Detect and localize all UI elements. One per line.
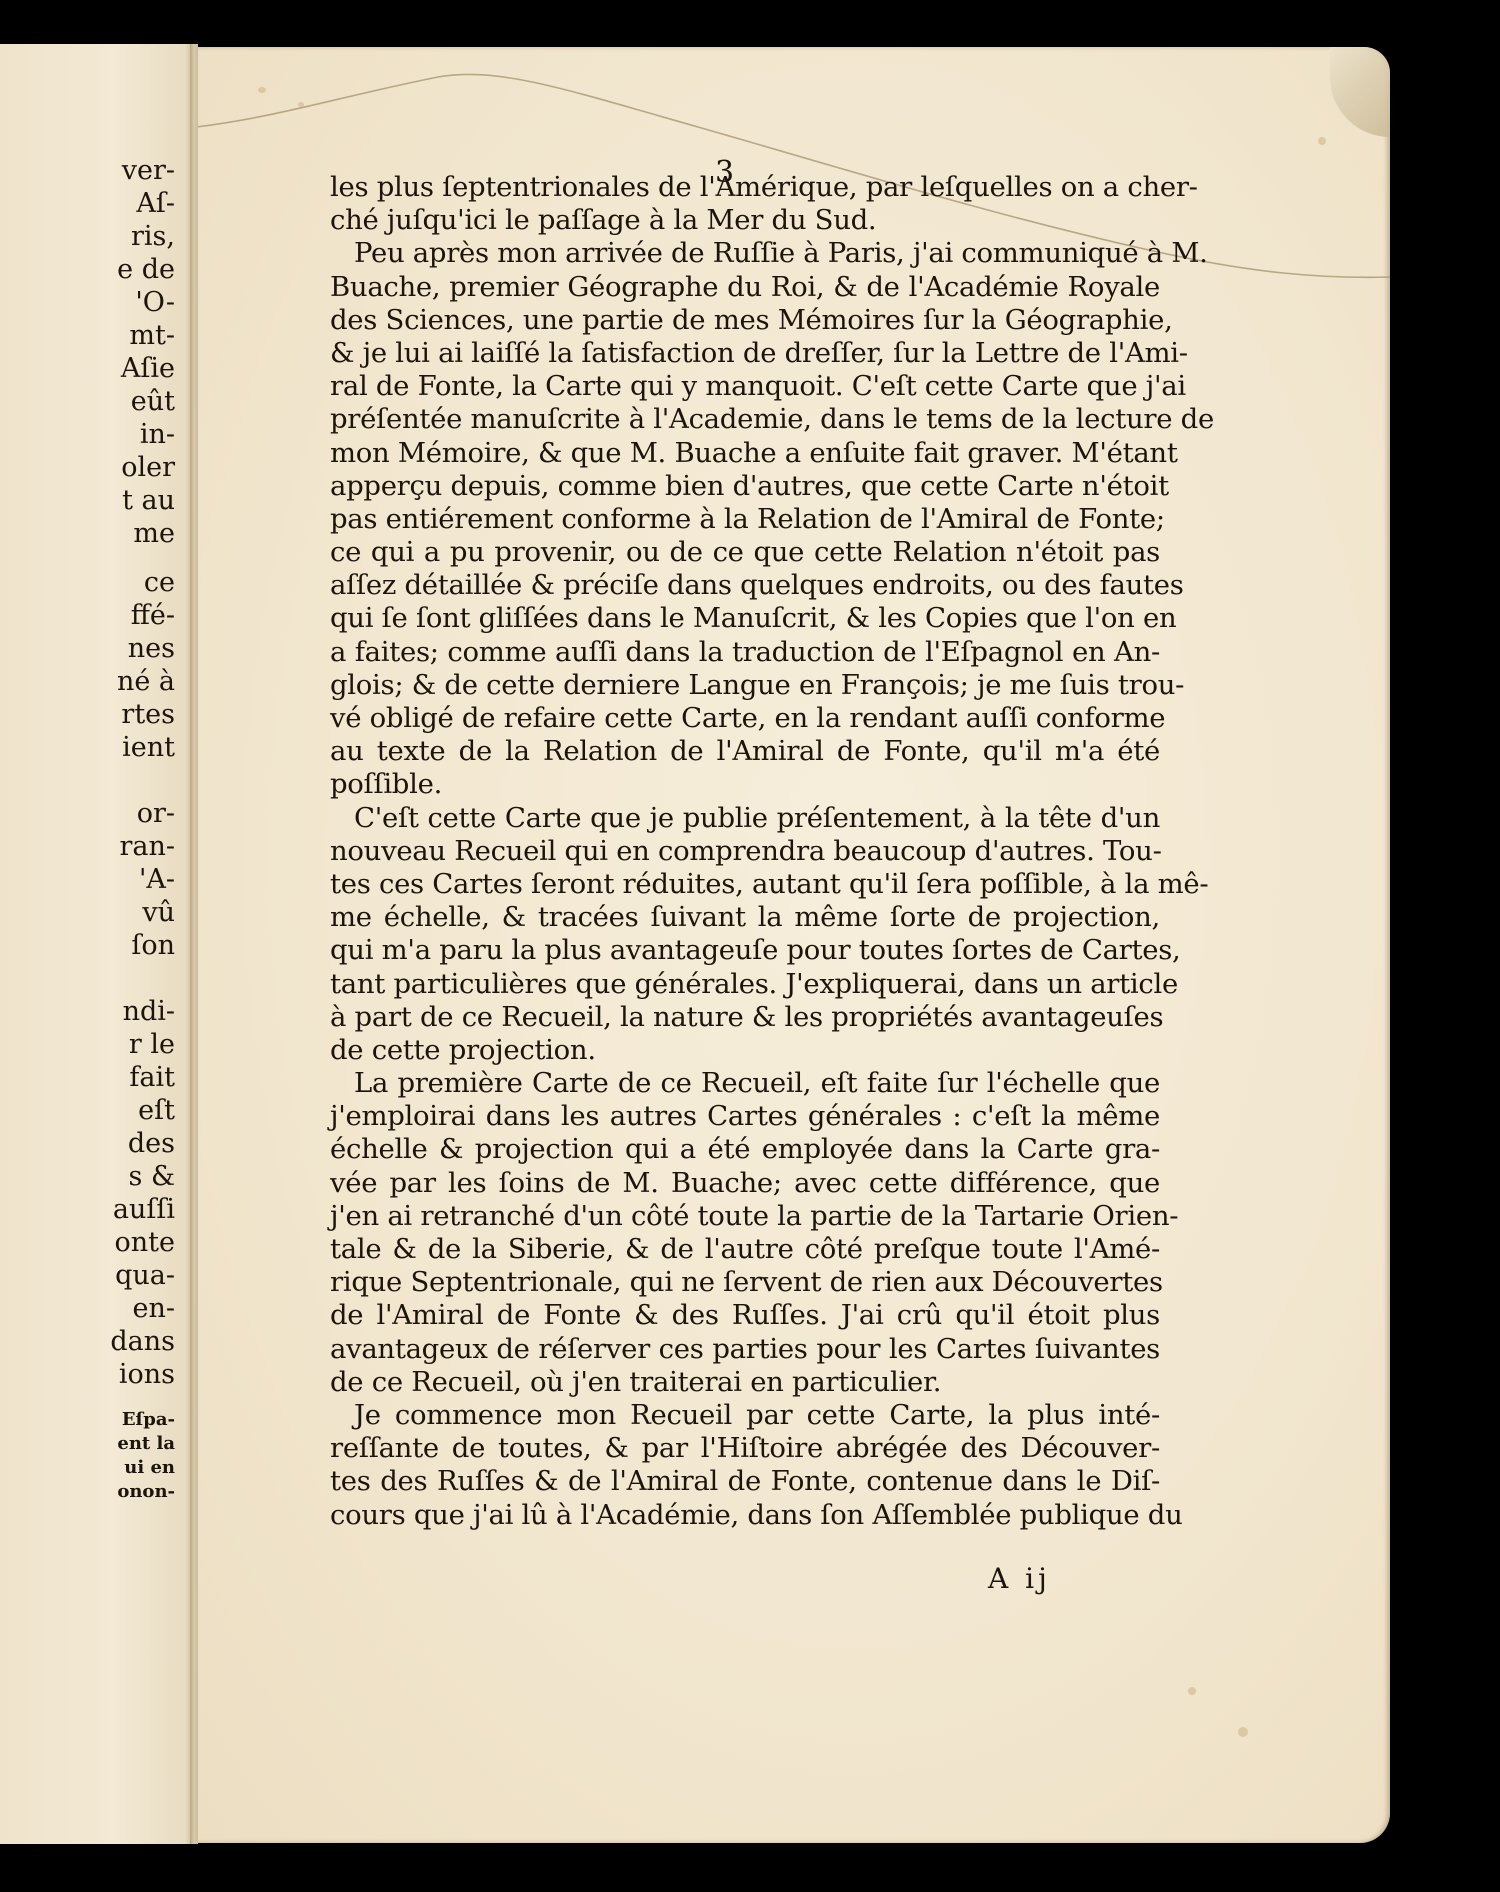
text-line: tant particulières que générales. J'expl… — [330, 968, 1160, 1001]
text-line: & je lui ai laiſſé la ſatisfaction de dr… — [330, 337, 1160, 370]
left-page-footnote-fragment: ent la — [117, 1432, 175, 1456]
text-line: vé obligé de refaire cette Carte, en la … — [330, 702, 1160, 735]
left-page-fragment: eſt — [138, 1094, 175, 1127]
foxing-spot — [1188, 1687, 1196, 1695]
text-line: à part de ce Recueil, la nature & les pr… — [330, 1001, 1160, 1034]
left-page-fragment: des — [128, 1127, 175, 1160]
text-line: de l'Amiral de Fonte & des Ruſſes. J'ai … — [330, 1299, 1160, 1332]
text-line: au texte de la Relation de l'Amiral de F… — [330, 735, 1160, 768]
left-page-fragment: fait — [129, 1061, 175, 1094]
text-line: poſſible. — [330, 768, 1160, 801]
left-page-fragment: eût — [131, 385, 175, 418]
text-line: apperçu depuis, comme bien d'autres, que… — [330, 470, 1160, 503]
text-line: vée par les ſoins de M. Buache; avec cet… — [330, 1167, 1160, 1200]
left-page-fragment: e de — [117, 253, 175, 286]
text-line: aſſez détaillée & préciſe dans quelques … — [330, 569, 1160, 602]
text-line: Buache, premier Géographe du Roi, & de l… — [330, 271, 1160, 304]
left-page-fragment: ndi- — [123, 995, 175, 1028]
left-page-fragment: mt- — [129, 319, 175, 352]
text-line: nouveau Recueil qui en comprendra beauco… — [330, 835, 1160, 868]
text-line: Peu après mon arrivée de Ruſſie à Paris,… — [330, 237, 1160, 270]
left-page-footnote-fragment: onon- — [117, 1480, 175, 1504]
foxing-spot — [1238, 1727, 1248, 1737]
text-line: mon Mémoire, & que M. Buache a enſuite f… — [330, 437, 1160, 470]
left-page-fragment: 'A- — [139, 863, 175, 896]
left-page-fragment: nes — [128, 632, 175, 665]
left-page-fragment: ffé- — [131, 599, 175, 632]
left-page-fragment: en- — [133, 1292, 176, 1325]
text-line: C'eſt cette Carte que je publie préſente… — [330, 802, 1160, 835]
foxing-spot — [258, 87, 266, 93]
text-line: de cette projection. — [330, 1034, 1160, 1067]
text-line: tes ces Cartes ſeront réduites, autant q… — [330, 868, 1160, 901]
left-page-fragment: qua- — [115, 1259, 175, 1292]
left-page-fragment: ran- — [119, 830, 175, 863]
left-page-footnote-fragment: Eſpa- — [122, 1408, 175, 1432]
left-page-fragment: or- — [137, 797, 175, 830]
text-line: cours que j'ai lû à l'Académie, dans ſon… — [330, 1499, 1160, 1532]
left-page-fragment: ce — [144, 566, 175, 599]
left-page-fragment: onte — [115, 1226, 175, 1259]
left-page-fragment: Aſie — [121, 352, 175, 385]
right-page: 3 les plus ſeptentrionales de l'Amérique… — [198, 47, 1390, 1843]
text-line: les plus ſeptentrionales de l'Amérique, … — [330, 171, 1160, 204]
left-page-fragment: Aſ- — [136, 187, 175, 220]
left-page-fragment: ſon — [131, 929, 175, 962]
signature-mark: A ij — [988, 1562, 1051, 1595]
text-line: préſentée manuſcrite à l'Academie, dans … — [330, 403, 1160, 436]
left-page-edge: ver-Aſ-ris,e de'O-mt-Aſieeûtin-olert aum… — [0, 44, 193, 1844]
left-page-fragment: oler — [121, 451, 175, 484]
text-line: de ce Recueil, où j'en traiterai en part… — [330, 1366, 1160, 1399]
left-page-fragment: 'O- — [135, 286, 175, 319]
text-line: ce qui a pu provenir, ou de ce que cette… — [330, 536, 1160, 569]
text-line: des Sciences, une partie de mes Mémoires… — [330, 304, 1160, 337]
left-page-fragment: t au — [122, 484, 175, 517]
left-page-fragment: rtes — [121, 698, 175, 731]
left-page-fragment: auſſi — [113, 1193, 175, 1226]
text-line: ral de Fonte, la Carte qui y manquoit. C… — [330, 370, 1160, 403]
text-line: échelle & projection qui a été employée … — [330, 1133, 1160, 1166]
left-page-fragment: me — [133, 517, 175, 550]
text-line: j'en ai retranché d'un côté toute la par… — [330, 1200, 1160, 1233]
left-page-fragment: in- — [140, 418, 175, 451]
book-gutter — [190, 44, 198, 1844]
text-line: a faites; comme auſſi dans la traduction… — [330, 636, 1160, 669]
text-line: avantageux de réſerver ces parties pour … — [330, 1333, 1160, 1366]
foxing-spot — [1318, 137, 1326, 145]
foxing-spot — [298, 102, 304, 107]
left-page-footnote-fragment: ui en — [124, 1456, 175, 1480]
text-line: tale & de la Siberie, & de l'autre côté … — [330, 1233, 1160, 1266]
dog-eared-corner — [1330, 47, 1390, 137]
text-line: La première Carte de ce Recueil, eſt fai… — [330, 1067, 1160, 1100]
left-page-fragment: ions — [119, 1358, 175, 1391]
text-line: tes des Ruſſes & de l'Amiral de Fonte, c… — [330, 1465, 1160, 1498]
text-line: qui ſe ſont gliſſées dans le Manuſcrit, … — [330, 602, 1160, 635]
left-page-fragment: ient — [122, 731, 175, 764]
left-page-fragment: ris, — [131, 220, 175, 253]
text-line: glois; & de cette derniere Langue en Fra… — [330, 669, 1160, 702]
left-page-fragment: dans — [110, 1325, 175, 1358]
body-text: les plus ſeptentrionales de l'Amérique, … — [330, 171, 1160, 1532]
text-line: j'emploirai dans les autres Cartes génér… — [330, 1100, 1160, 1133]
left-page-fragment: s & — [129, 1160, 175, 1193]
text-line: ché juſqu'ici le paſſage à la Mer du Sud… — [330, 204, 1160, 237]
left-page-fragment: vû — [142, 896, 175, 929]
text-line: me échelle, & tracées ſuivant la même ſo… — [330, 901, 1160, 934]
left-page-fragment: ver- — [122, 154, 175, 187]
text-line: Je commence mon Recueil par cette Carte,… — [330, 1399, 1160, 1432]
left-page-fragment: r le — [129, 1028, 175, 1061]
text-line: reſſante de toutes, & par l'Hiſtoire abr… — [330, 1432, 1160, 1465]
text-line: rique Septentrionale, qui ne ſervent de … — [330, 1266, 1160, 1299]
left-page-fragment: né à — [117, 665, 175, 698]
text-line: qui m'a paru la plus avantageuſe pour to… — [330, 934, 1160, 967]
text-line: pas entiérement conforme à la Relation d… — [330, 503, 1160, 536]
